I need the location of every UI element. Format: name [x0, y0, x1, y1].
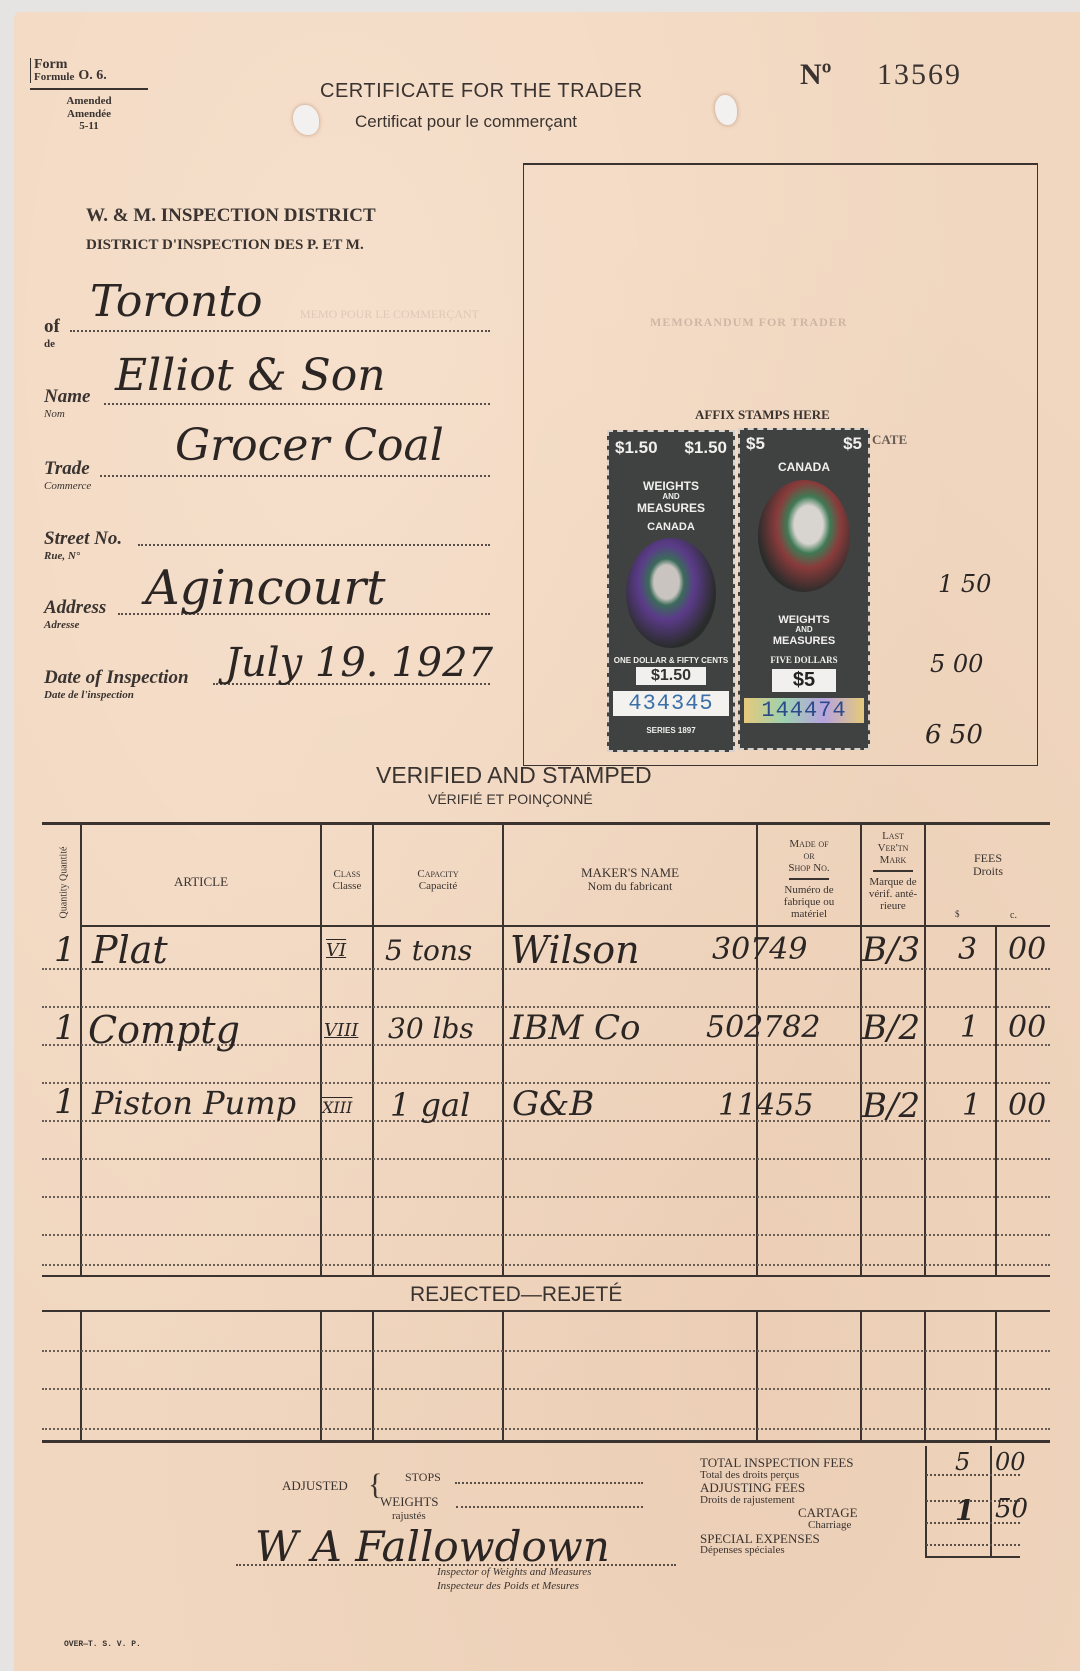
- header-article: ARTICLE: [82, 875, 320, 889]
- field-name-line: [104, 403, 490, 405]
- cartage-dollars: 1: [955, 1494, 974, 1527]
- field-of-line: [70, 330, 490, 332]
- verified-title-en: VERIFIED AND STAMPED: [376, 762, 652, 789]
- title-en: CERTIFICATE FOR THE TRADER: [320, 80, 643, 103]
- revenue-stamp-1-50: $1.50$1.50 WEIGHTS AND MEASURES CANADA O…: [607, 430, 735, 752]
- title-fr: Certificat pour le commerçant: [355, 112, 577, 132]
- amendee-label: Amendée: [30, 108, 148, 121]
- field-trade-value[interactable]: Grocer Coal: [175, 420, 444, 471]
- formule-label: Formule: [34, 72, 74, 83]
- inspector-signature: W A Fallowdown: [255, 1522, 610, 1571]
- form-label: Form: [34, 58, 74, 72]
- bleed-through-text: MEMO POUR LE COMMERÇANT: [300, 305, 510, 324]
- table-mid-rule: [42, 1275, 1050, 1277]
- ghost-memo-heading: MEMORANDUM FOR TRADER: [650, 315, 847, 330]
- tally-line-1: 1 50: [938, 570, 991, 598]
- verified-title-fr: VÉRIFIÉ ET POINÇONNÉ: [428, 791, 593, 807]
- cartage-cents: 50: [995, 1494, 1028, 1524]
- field-name-value[interactable]: Elliot & Son: [115, 350, 386, 401]
- field-trade: Trade Commerce: [44, 458, 91, 492]
- field-date: Date of Inspection Date de l'inspection: [44, 667, 189, 701]
- header-cents: c.: [1010, 910, 1017, 921]
- cartage-label: CARTAGE: [700, 1506, 858, 1520]
- field-of: of de: [44, 316, 60, 350]
- certificate-number: 13569: [877, 58, 962, 92]
- king-portrait: [758, 480, 850, 592]
- punch-hole: [293, 105, 319, 135]
- weights-line[interactable]: [456, 1506, 643, 1508]
- field-street: Street No. Rue, N°: [44, 528, 122, 562]
- district-en: W. & M. INSPECTION DISTRICT: [86, 205, 376, 227]
- field-name: Name Nom: [44, 386, 90, 420]
- queen-portrait: [626, 538, 716, 648]
- total-fees-cents: 00: [995, 1448, 1026, 1476]
- amended-date: 5-11: [30, 120, 148, 133]
- stops-line[interactable]: [455, 1482, 643, 1484]
- total-fees-dollars: 5: [955, 1448, 970, 1476]
- affix-stamps-label: AFFIX STAMPS HERE: [695, 407, 830, 423]
- header-quantity: Quantity Quantité: [46, 855, 76, 915]
- weights-label: WEIGHTS: [380, 1494, 439, 1510]
- field-address: Address Adresse: [44, 597, 106, 631]
- punch-hole: [715, 95, 737, 125]
- field-street-line[interactable]: [138, 544, 490, 546]
- over-note: OVER—T. S. V. P.: [64, 1640, 141, 1649]
- total-fees-label: TOTAL INSPECTION FEES: [700, 1456, 858, 1470]
- amended-label: Amended: [30, 95, 148, 108]
- number-label: Nº: [800, 58, 832, 92]
- adjusted-label: ADJUSTED: [282, 1478, 348, 1494]
- inspector-title-fr: Inspecteur des Poids et Mesures: [437, 1580, 579, 1592]
- field-date-value[interactable]: July 19. 1927: [225, 640, 493, 686]
- rejected-rule: [42, 1310, 1050, 1312]
- district-fr: DISTRICT D'INSPECTION DES P. ET M.: [86, 237, 364, 254]
- header-class: Class Classe: [322, 868, 372, 892]
- stamp-serial: 434345: [613, 691, 729, 716]
- field-trade-line: [100, 475, 490, 477]
- rajustes-label: rajustés: [392, 1510, 426, 1522]
- adjusting-fees-label: ADJUSTING FEES: [700, 1481, 858, 1495]
- header-last-mark: Last Ver'tn Mark Marque de vérif. anté-r…: [862, 830, 924, 912]
- tally-line-3: 6 50: [925, 720, 983, 750]
- header-capacity: Capacity Capacité: [374, 868, 502, 892]
- stamp-serial: 144474: [744, 698, 864, 723]
- stops-label: STOPS: [405, 1470, 441, 1485]
- totals-labels: TOTAL INSPECTION FEES Total des droits p…: [700, 1456, 858, 1557]
- rejected-title: REJECTED—REJETÉ: [410, 1283, 622, 1307]
- header-shop-no: Made of or Shop No. Numéro de fabrique o…: [758, 838, 860, 920]
- form-number: O. 6.: [78, 69, 106, 83]
- form-id-block: Form Formule O. 6. Amended Amendée 5-11: [30, 58, 148, 133]
- header-maker: MAKER'S NAME Nom du fabricant: [504, 866, 756, 893]
- table-top-rule: [42, 822, 1050, 825]
- inspector-title-en: Inspector of Weights and Measures: [437, 1566, 591, 1578]
- field-address-value[interactable]: Agincourt: [145, 560, 386, 616]
- ghost-cate: CATE: [872, 432, 907, 448]
- field-of-value[interactable]: Toronto: [90, 276, 262, 327]
- header-dollars: $: [955, 910, 960, 920]
- table-bottom-rule: [42, 1440, 1050, 1443]
- revenue-stamp-5: $5$5 CANADA WEIGHTS AND MEASURES FIVE DO…: [738, 428, 870, 750]
- header-fees: FEES Droits: [926, 852, 1050, 878]
- tally-line-2: 5 00: [930, 650, 983, 678]
- special-expenses-label: SPECIAL EXPENSES: [700, 1532, 858, 1546]
